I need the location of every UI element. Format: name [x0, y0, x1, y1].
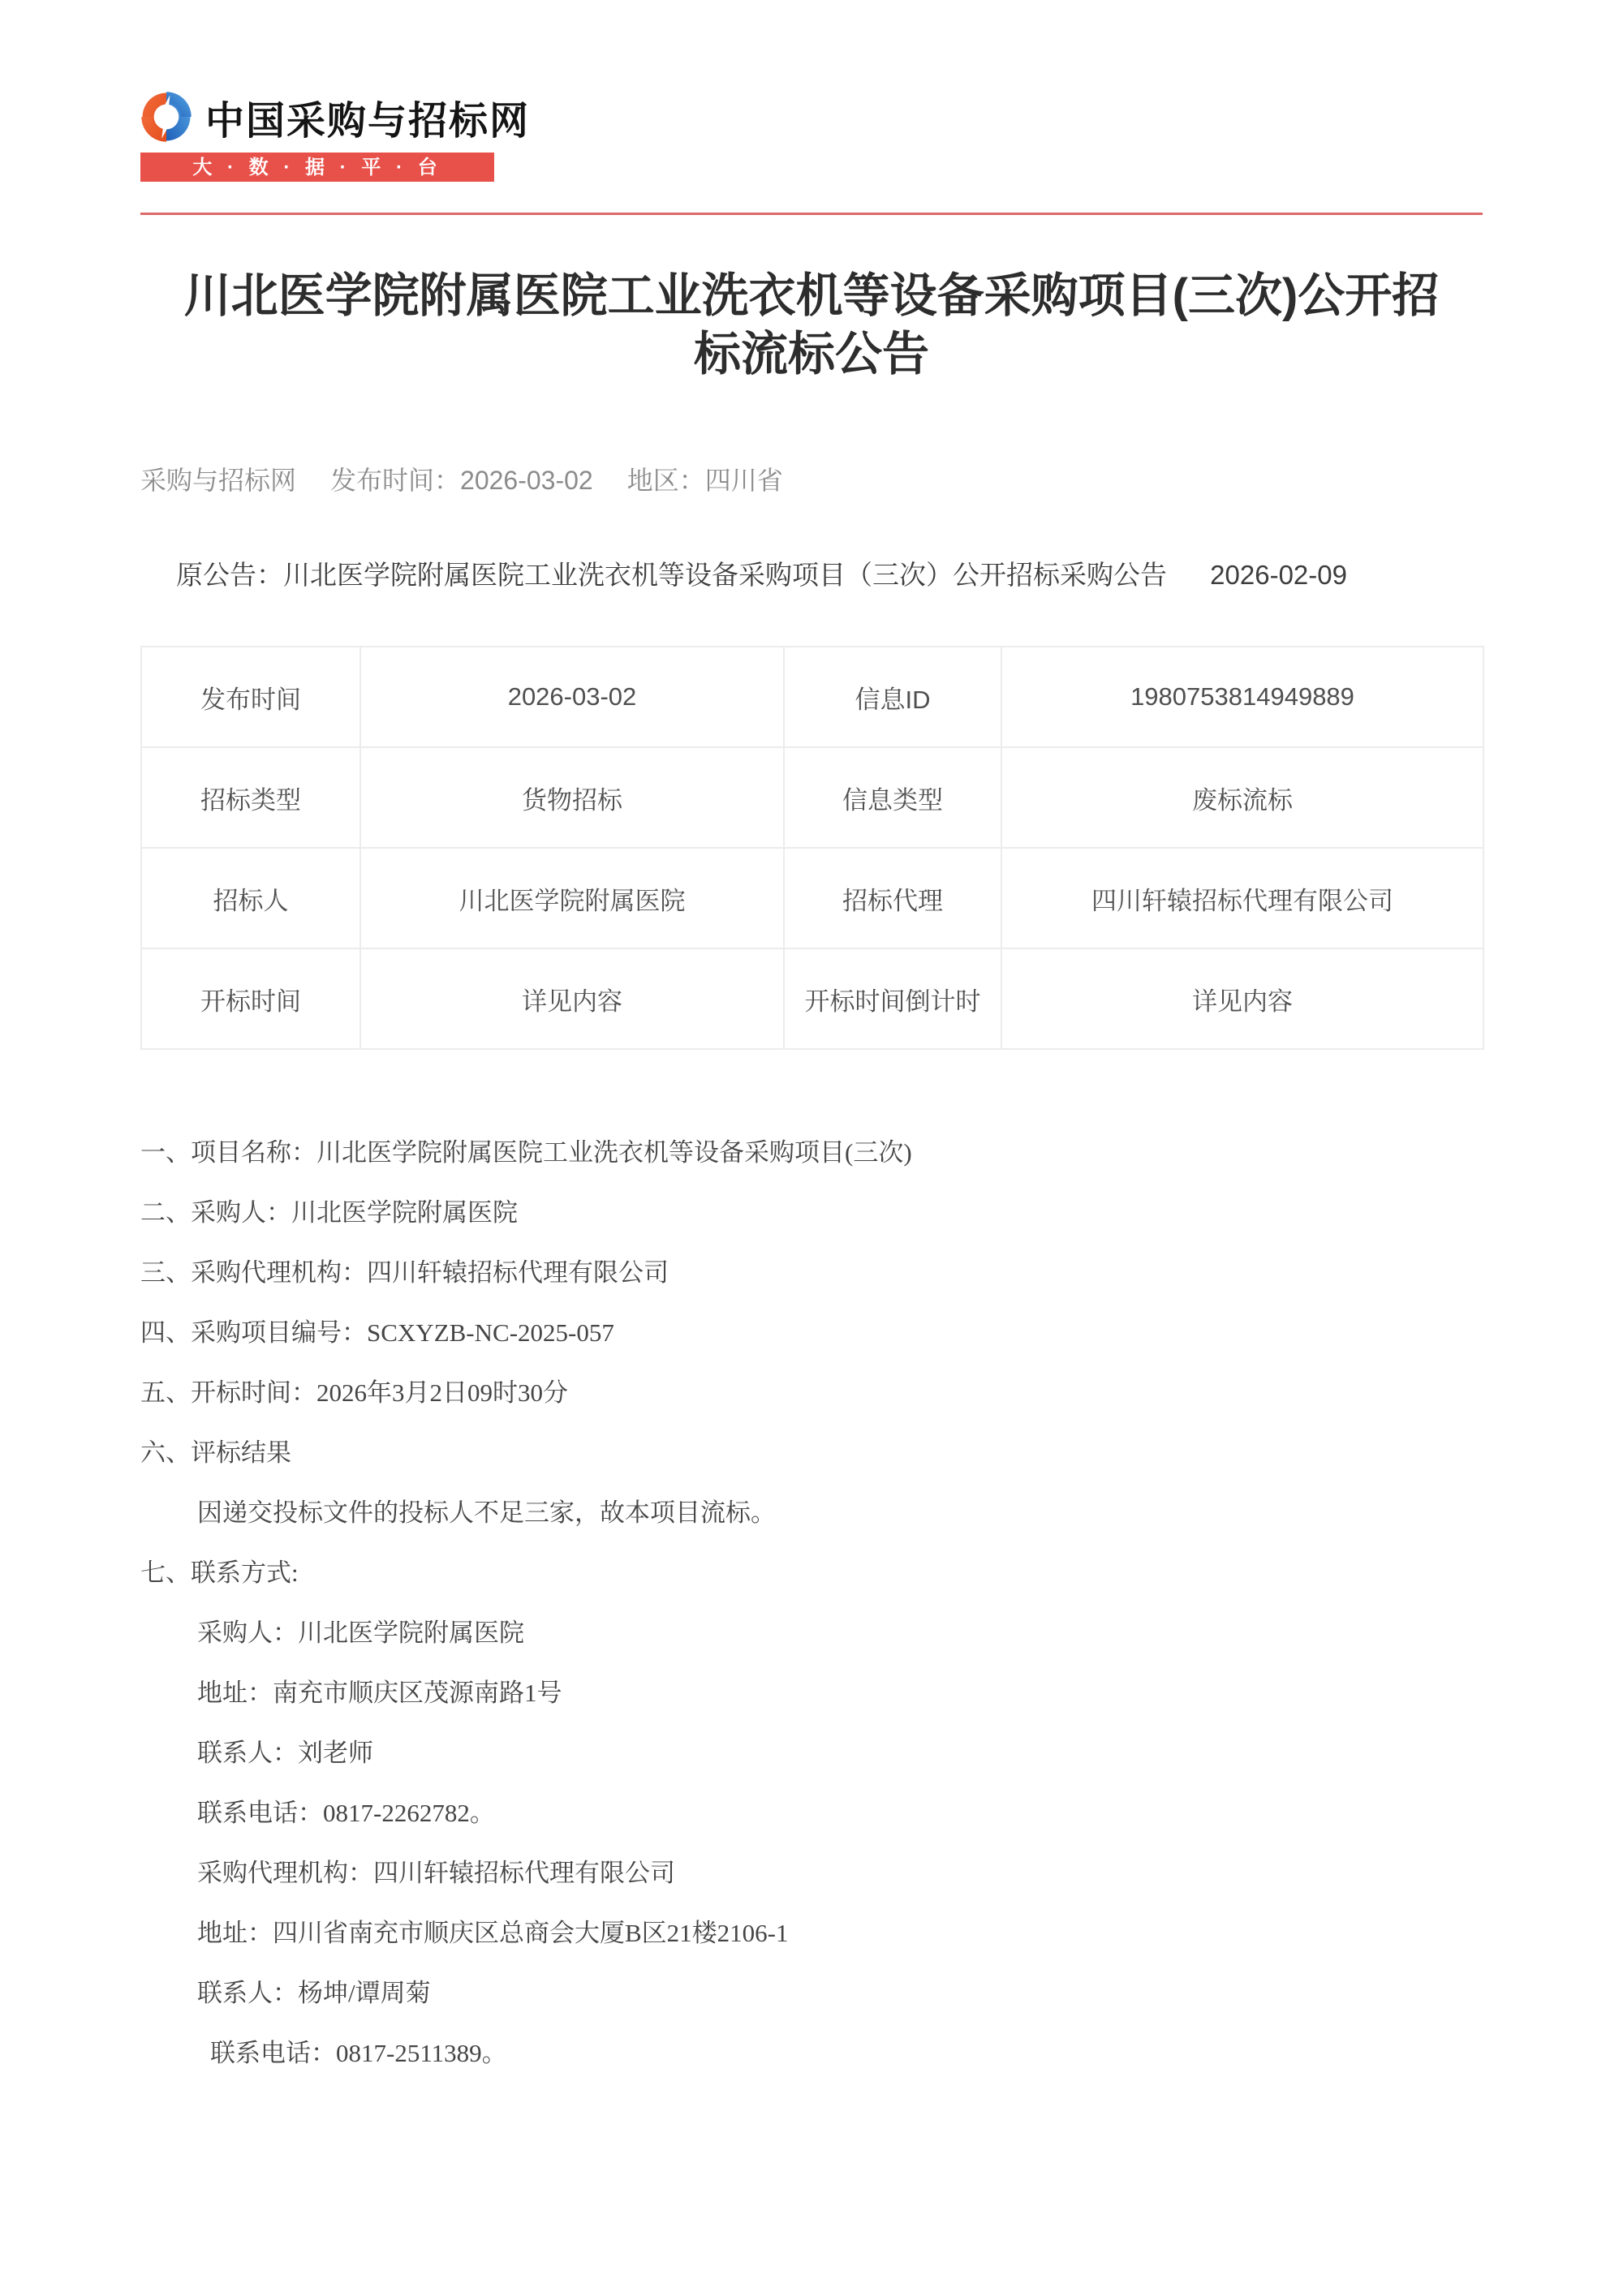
cell-value-opening-time: 详见内容 — [360, 948, 784, 1049]
cell-label-bid-type: 招标类型 — [141, 747, 360, 848]
big-data-platform-banner: 大 · 数 · 据 · 平 · 台 — [140, 153, 494, 182]
original-announcement-row: 原公告：川北医学院附属医院工业洗衣机等设备采购项目（三次）公开招标采购公告 20… — [140, 554, 1483, 592]
body-line-failure-reason: 因递交投标文件的投标人不足三家，故本项目流标。 — [140, 1499, 1483, 1527]
body-line-agency: 三、采购代理机构：四川轩辕招标代理有限公司 — [140, 1259, 1483, 1287]
cell-label-countdown: 开标时间倒计时 — [784, 948, 1001, 1049]
body-line-project-name: 一、项目名称：川北医学院附属医院工业洗衣机等设备采购项目(三次) — [140, 1139, 1483, 1167]
original-announcement-link[interactable]: 原公告：川北医学院附属医院工业洗衣机等设备采购项目（三次）公开招标采购公告 — [176, 560, 1167, 590]
body-line-opening-time: 五、开标时间：2026年3月2日09时30分 — [140, 1379, 1483, 1407]
table-row: 招标人 川北医学院附属医院 招标代理 四川轩辕招标代理有限公司 — [141, 848, 1483, 948]
announcement-body: 一、项目名称：川北医学院附属医院工业洗衣机等设备采购项目(三次) 二、采购人：川… — [140, 1139, 1483, 2067]
article-meta: 采购与招标网 发布时间：2026-03-02 地区：四川省 — [140, 460, 1483, 497]
body-line-purchaser-phone: 联系电话：0817-2262782。 — [140, 1799, 1483, 1827]
site-header: 中国采购与招标网 — [140, 91, 1483, 143]
cell-label-info-id: 信息ID — [784, 647, 1001, 747]
body-line-agency-name: 采购代理机构：四川轩辕招标代理有限公司 — [140, 1860, 1483, 1887]
cell-label-publish-time: 发布时间 — [141, 647, 360, 747]
page-title-line1: 川北医学院附属医院工业洗衣机等设备采购项目(三次)公开招 — [140, 267, 1483, 325]
body-line-contact-heading: 七、联系方式: — [140, 1559, 1483, 1587]
cell-value-countdown: 详见内容 — [1001, 948, 1483, 1049]
cell-value-info-type: 废标流标 — [1001, 747, 1483, 848]
meta-publish-time: 发布时间：2026-03-02 — [330, 460, 593, 497]
table-row: 开标时间 详见内容 开标时间倒计时 详见内容 — [141, 948, 1483, 1049]
site-logo-icon[interactable] — [140, 91, 192, 143]
content-column: 中国采购与招标网 大 · 数 · 据 · 平 · 台 川北医学院附属医院工业洗衣… — [140, 0, 1483, 2067]
header-divider-line — [140, 213, 1483, 215]
cell-value-bid-type: 货物招标 — [360, 747, 784, 848]
table-row: 招标类型 货物招标 信息类型 废标流标 — [141, 747, 1483, 848]
body-line-agency-contact: 联系人：杨坤/谭周菊 — [140, 1980, 1483, 2007]
body-line-evaluation-result: 六、评标结果 — [140, 1439, 1483, 1467]
meta-region: 地区：四川省 — [627, 460, 783, 497]
cell-label-agent: 招标代理 — [784, 848, 1001, 948]
cell-label-info-type: 信息类型 — [784, 747, 1001, 848]
meta-source: 采购与招标网 — [140, 460, 296, 497]
body-line-agency-address: 地址：四川省南充市顺庆区总商会大厦B区21楼2106-1 — [140, 1920, 1483, 1947]
body-line-agency-phone: 联系电话：0817-2511389。 — [140, 2040, 1483, 2067]
info-table: 发布时间 2026-03-02 信息ID 1980753814949889 招标… — [140, 646, 1484, 1050]
cell-value-publish-time: 2026-03-02 — [360, 647, 784, 747]
body-line-project-number: 四、采购项目编号：SCXYZB-NC-2025-057 — [140, 1319, 1483, 1347]
cell-value-tenderer: 川北医学院附属医院 — [360, 848, 784, 948]
table-row: 发布时间 2026-03-02 信息ID 1980753814949889 — [141, 647, 1483, 747]
body-line-purchaser: 二、采购人：川北医学院附属医院 — [140, 1199, 1483, 1227]
body-line-purchaser-contact: 联系人：刘老师 — [140, 1739, 1483, 1767]
cell-value-info-id: 1980753814949889 — [1001, 647, 1483, 747]
site-logo-text[interactable]: 中国采购与招标网 — [205, 89, 530, 145]
body-line-purchaser-name: 采购人：川北医学院附属医院 — [140, 1619, 1483, 1647]
body-line-purchaser-address: 地址：南充市顺庆区茂源南路1号 — [140, 1679, 1483, 1707]
cell-value-agent: 四川轩辕招标代理有限公司 — [1001, 848, 1483, 948]
cell-label-opening-time: 开标时间 — [141, 948, 360, 1049]
cell-label-tenderer: 招标人 — [141, 848, 360, 948]
original-announcement-date: 2026-02-09 — [1210, 560, 1347, 590]
page-title-line2: 标流标公告 — [140, 325, 1483, 384]
page: 中国采购与招标网 大 · 数 · 据 · 平 · 台 川北医学院附属医院工业洗衣… — [0, 0, 1623, 2296]
page-title: 川北医学院附属医院工业洗衣机等设备采购项目(三次)公开招 标流标公告 — [140, 267, 1483, 384]
